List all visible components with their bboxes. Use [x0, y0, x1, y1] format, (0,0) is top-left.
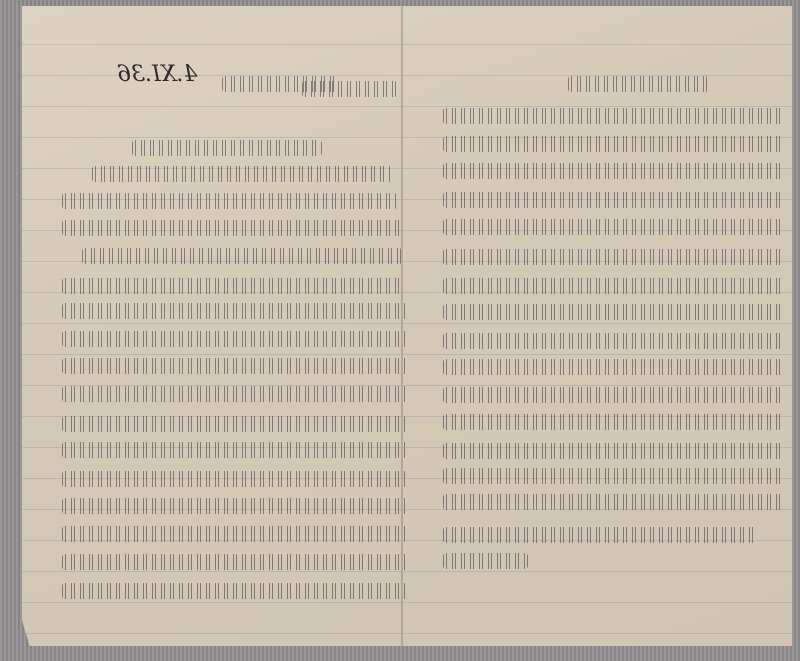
handwritten-line [62, 331, 407, 347]
letter-date: 4.XI.36 [117, 62, 197, 87]
right-page [403, 6, 792, 646]
handwritten-line [62, 193, 397, 209]
handwritten-line [443, 387, 783, 403]
handwritten-line [443, 278, 783, 294]
handwritten-line [62, 442, 407, 458]
handwritten-line [443, 527, 758, 543]
ruled-lines [22, 6, 401, 646]
handwritten-line [62, 416, 407, 432]
handwritten-line [62, 583, 407, 599]
handwritten-line [443, 553, 528, 569]
handwritten-line [443, 468, 783, 484]
left-page: 4.XI.36 [22, 6, 401, 646]
handwritten-line [568, 76, 708, 92]
handwritten-line [82, 248, 402, 264]
ruled-lines [403, 6, 792, 646]
handwritten-line [62, 554, 407, 570]
handwritten-line [443, 443, 783, 459]
handwritten-line [443, 494, 783, 510]
handwritten-line [443, 333, 783, 349]
handwritten-line [62, 471, 407, 487]
handwritten-line [62, 303, 407, 319]
handwritten-line [443, 304, 783, 320]
letter-sheet: 4.XI.36 [22, 6, 792, 646]
handwritten-line [62, 220, 402, 236]
handwritten-line [443, 136, 783, 152]
handwritten-line [132, 140, 322, 156]
handwritten-line [443, 249, 783, 265]
handwritten-line [443, 359, 783, 375]
handwritten-line [92, 166, 392, 182]
handwritten-line [62, 526, 407, 542]
handwritten-line [443, 192, 783, 208]
handwritten-line [443, 108, 783, 124]
handwritten-line [443, 163, 783, 179]
handwritten-line [62, 358, 407, 374]
handwritten-line [62, 278, 402, 294]
handwritten-line [443, 414, 783, 430]
handwritten-line [443, 219, 783, 235]
page-fold [401, 6, 403, 646]
handwritten-line [302, 81, 397, 97]
handwritten-line [62, 386, 407, 402]
handwritten-line [62, 498, 407, 514]
